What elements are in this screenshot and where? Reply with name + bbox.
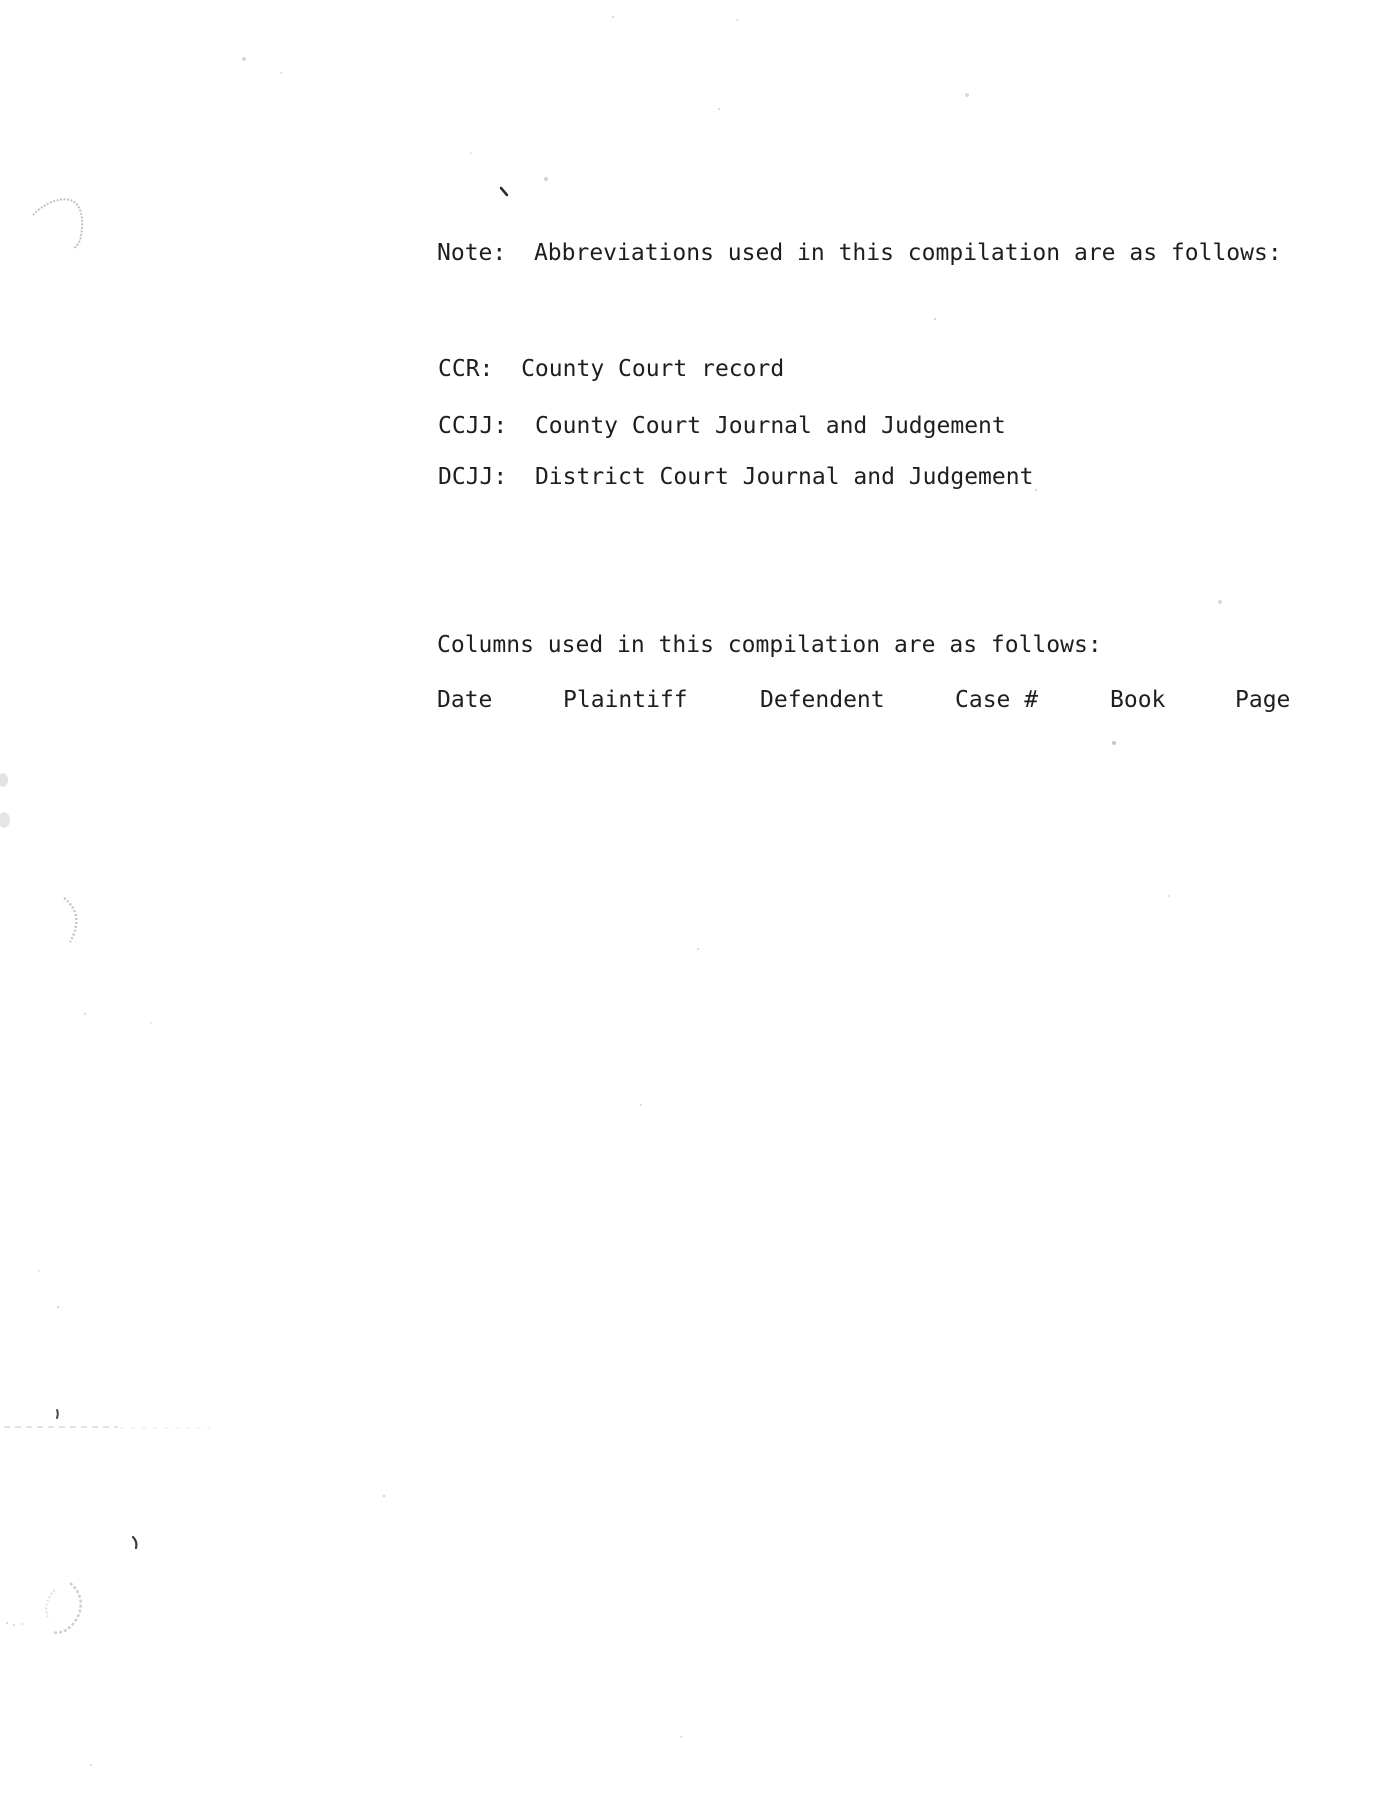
column-header-page: Page: [1235, 686, 1290, 714]
scan-noise-specks: [0, 0, 2, 2]
abbreviation-label: DCJJ:: [438, 463, 507, 491]
column-header-case-number: Case #: [955, 686, 1038, 714]
dark-tick-above-note: [501, 188, 507, 195]
note-text: Abbreviations used in this compilation a…: [534, 239, 1282, 267]
abbreviation-label: CCJJ:: [438, 412, 507, 440]
dark-tick-left: [57, 1410, 58, 1418]
hook-smudge: [33, 199, 82, 248]
abbreviation-row: CCJJ: County Court Journal and Judgement: [438, 412, 1006, 440]
column-header-row: Date Plaintiff Defendent Case # Book Pag…: [437, 686, 1337, 716]
column-header-date: Date: [437, 686, 492, 714]
dark-comma-mark: [133, 1537, 136, 1548]
abbreviation-row: DCJJ: District Court Journal and Judgeme…: [438, 463, 1033, 491]
note-line: Note: Abbreviations used in this compila…: [437, 239, 1282, 267]
abbreviation-label: CCR:: [438, 355, 493, 383]
scan-artifacts: [0, 0, 1398, 1808]
crescent-smudge-mid: [64, 898, 76, 942]
abbreviation-definition: County Court record: [521, 355, 784, 383]
abbreviation-definition: District Court Journal and Judgement: [535, 463, 1034, 491]
columns-intro-line: Columns used in this compilation are as …: [437, 631, 1102, 659]
note-label: Note:: [437, 239, 506, 267]
scanned-document-page: Note: Abbreviations used in this compila…: [0, 0, 1398, 1808]
abbreviation-definition: County Court Journal and Judgement: [535, 412, 1006, 440]
column-header-plaintiff: Plaintiff: [563, 686, 688, 714]
edge-blob-2: [0, 812, 10, 828]
column-header-defendent: Defendent: [760, 686, 885, 714]
abbreviation-row: CCR: County Court record: [438, 355, 784, 383]
edge-blob-1: [0, 773, 8, 787]
crescent-smudge-bottom: [52, 1583, 81, 1633]
column-header-book: Book: [1110, 686, 1165, 714]
crescent-smudge-bottom-inner: [46, 1590, 55, 1617]
